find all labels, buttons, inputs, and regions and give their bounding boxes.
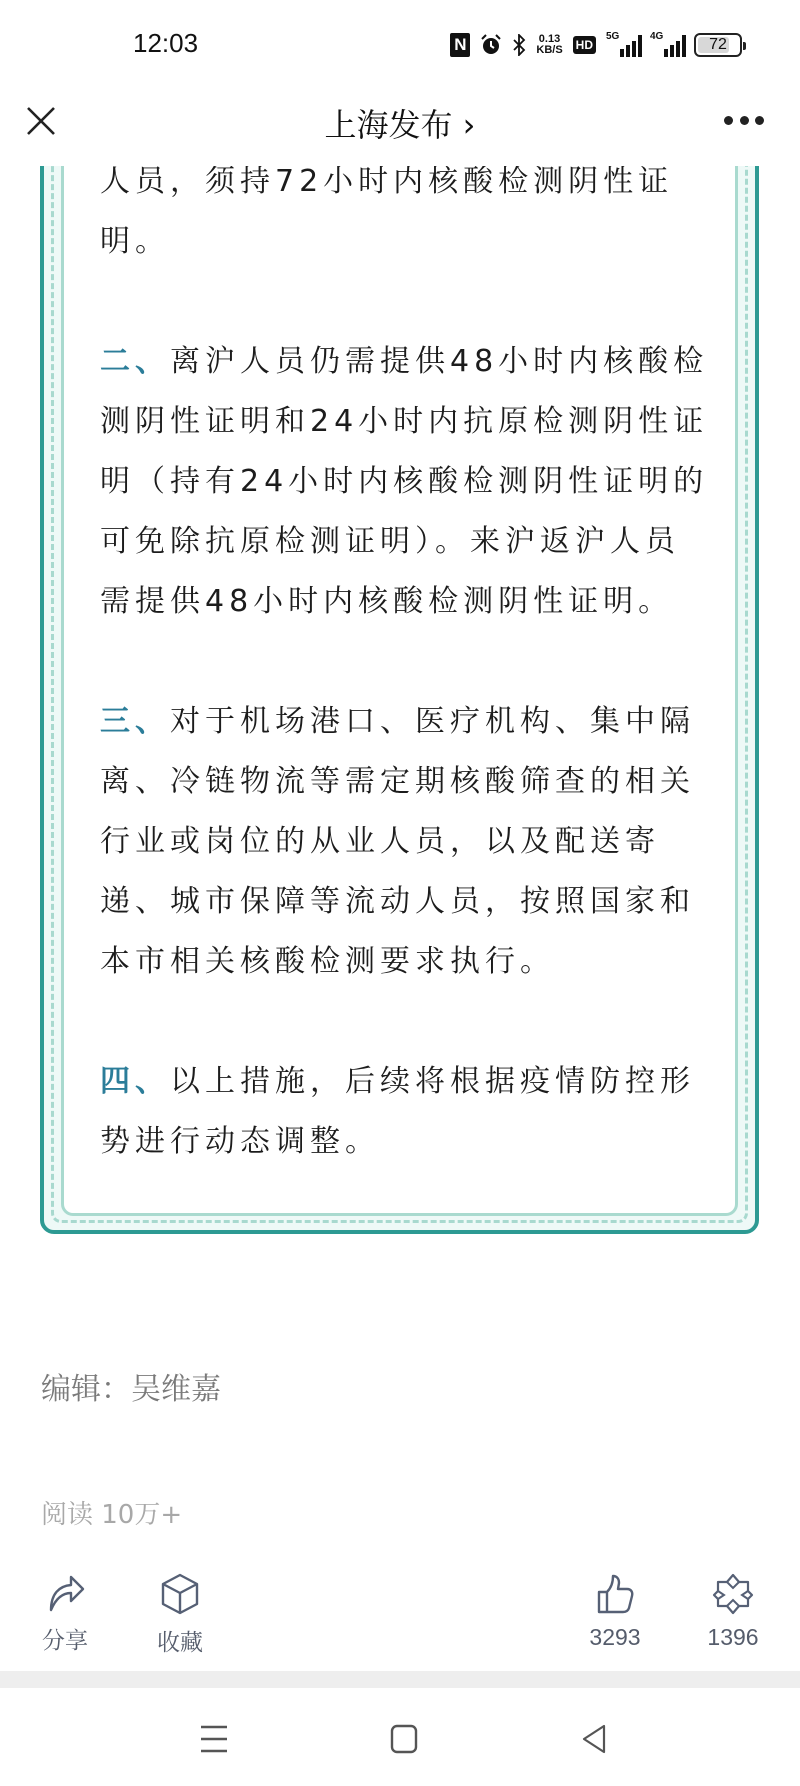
more-button[interactable] — [724, 114, 764, 126]
share-label: 分享 — [25, 1622, 105, 1655]
separator-bar — [0, 1671, 800, 1688]
wow-count: 1396 — [693, 1624, 773, 1651]
paragraph-number: 三、 — [100, 704, 170, 739]
system-nav-bar — [0, 1688, 800, 1786]
paragraph-text: 离沪人员仍需提供48小时内核酸检测阴性证明和24小时内抗原检测阴性证明（持有24… — [100, 344, 708, 619]
account-title-link[interactable]: 上海发布 › — [0, 100, 800, 146]
share-icon — [43, 1572, 87, 1614]
share-button[interactable]: 分享 — [25, 1572, 105, 1655]
paragraph-3: 三、对于机场港口、医疗机构、集中隔离、冷链物流等需定期核酸筛查的相关行业或岗位的… — [100, 692, 710, 992]
status-bar: 12:03 N 0.13 KB/S HD 5G 4G 72 — [0, 0, 800, 90]
back-button[interactable] — [580, 1724, 608, 1758]
paragraph-text: 以上措施，后续将根据疫情防控形势进行动态调整。 — [100, 1064, 695, 1159]
paragraph-1: 人员，须持72小时内核酸检测阴性证明。 — [100, 152, 710, 272]
status-icons: N 0.13 KB/S HD 5G 4G 72 — [450, 30, 742, 60]
home-square-icon — [390, 1724, 418, 1754]
paragraph-number: 四、 — [100, 1064, 170, 1099]
editor-credit: 编辑：吴维嘉 — [41, 1364, 221, 1408]
paragraph-number: 二、 — [100, 344, 170, 379]
paragraph-text: 对于机场港口、医疗机构、集中隔离、冷链物流等需定期核酸筛查的相关行业或岗位的从业… — [100, 704, 695, 979]
like-button[interactable]: 3293 — [575, 1572, 655, 1651]
network-speed: 0.13 KB/S — [536, 34, 562, 56]
more-dot-icon — [755, 116, 764, 125]
paragraph-2: 二、离沪人员仍需提供48小时内核酸检测阴性证明和24小时内抗原检测阴性证明（持有… — [100, 332, 710, 632]
battery-icon: 72 — [694, 33, 742, 57]
network-speed-unit: KB/S — [536, 45, 562, 56]
wow-button[interactable]: 1396 — [693, 1572, 773, 1651]
home-button[interactable] — [390, 1724, 418, 1758]
signal-4g-label: 4G — [650, 31, 663, 42]
cube-collect-icon — [158, 1572, 202, 1616]
back-triangle-icon — [580, 1724, 608, 1754]
signal-5g-icon: 5G — [606, 33, 640, 57]
menu-icon — [199, 1724, 229, 1754]
thumbs-up-icon — [593, 1572, 637, 1616]
signal-4g-icon: 4G — [650, 33, 684, 57]
hd-voice-icon: HD — [573, 36, 596, 54]
paragraph-text: 人员，须持72小时内核酸检测阴性证明。 — [100, 164, 673, 259]
more-dot-icon — [740, 116, 749, 125]
battery-level: 72 — [709, 36, 727, 54]
signal-5g-label: 5G — [606, 31, 619, 42]
collect-button[interactable]: 收藏 — [140, 1572, 220, 1657]
paragraph-4: 四、以上措施，后续将根据疫情防控形势进行动态调整。 — [100, 1052, 710, 1172]
like-count: 3293 — [575, 1624, 655, 1651]
nfc-icon: N — [450, 33, 470, 57]
wow-star-icon — [711, 1572, 755, 1616]
bluetooth-icon — [512, 34, 526, 56]
read-count: 阅读 10万+ — [41, 1494, 182, 1531]
nav-bar: 上海发布 › — [0, 90, 800, 166]
status-time: 12:03 — [133, 28, 198, 59]
recent-apps-button[interactable] — [199, 1724, 229, 1758]
more-dot-icon — [724, 116, 733, 125]
alarm-icon — [480, 34, 502, 56]
collect-label: 收藏 — [140, 1624, 220, 1657]
article-body: 人员，须持72小时内核酸检测阴性证明。 二、离沪人员仍需提供48小时内核酸检测阴… — [100, 152, 710, 1232]
